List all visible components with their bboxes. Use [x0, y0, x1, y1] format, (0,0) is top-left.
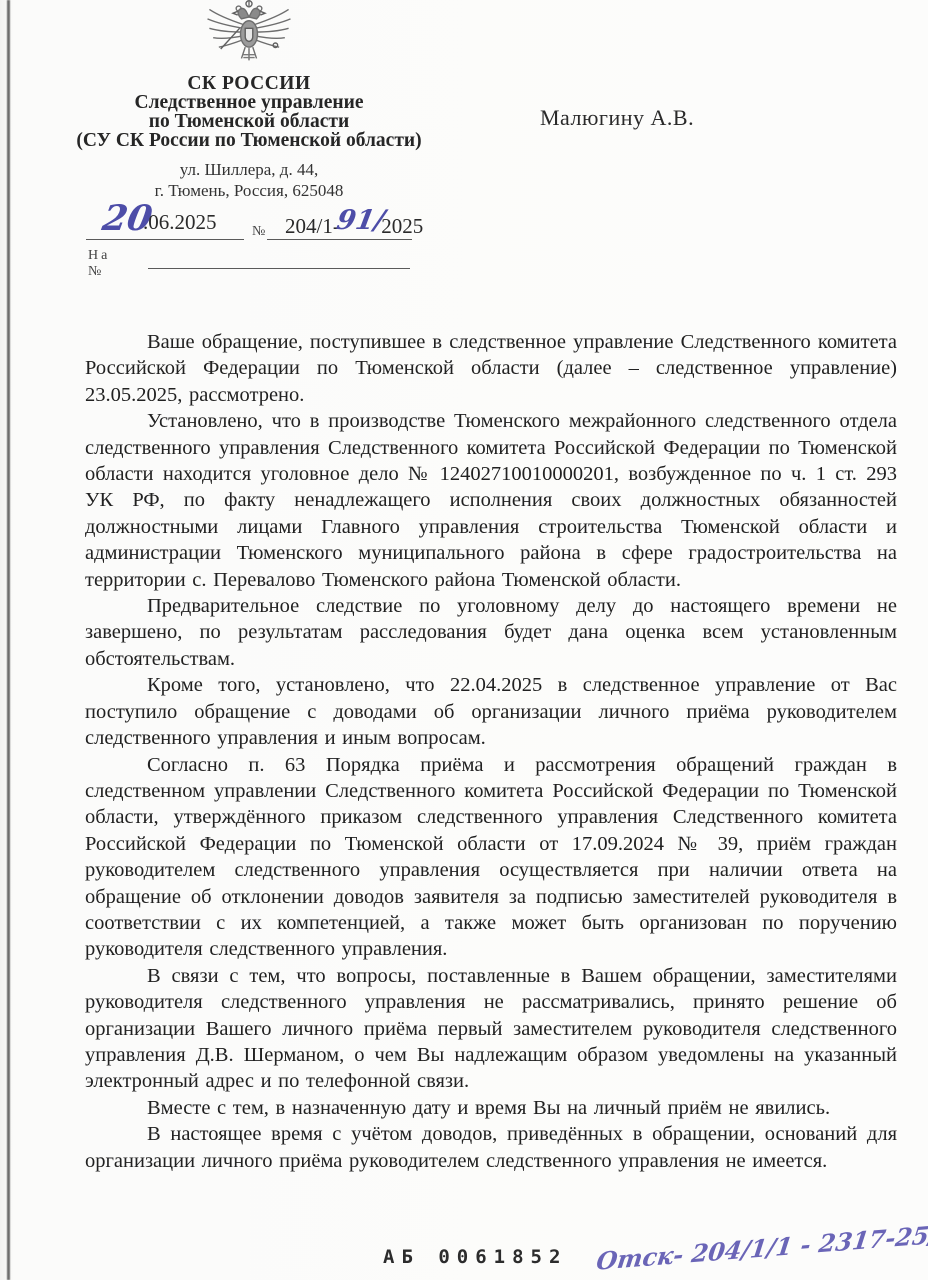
date-underline [86, 239, 244, 240]
number-sign-label: № [252, 224, 265, 240]
org-name-abbrev: (СУ СК России по Тюменской области) [48, 131, 450, 150]
handwritten-filing-note: Отск- 204/1/1 - 2317-25/сл [595, 1217, 928, 1276]
scanned-letter-page: СК РОССИИ Следственное управление по Тюм… [0, 0, 928, 1280]
scan-edge-artifact [7, 0, 10, 1280]
printed-date: .06.2025 [143, 210, 217, 235]
org-address-street: ул. Шиллера, д. 44, [48, 159, 450, 180]
paragraph-7: Вместе с тем, в назначенную дату и время… [85, 1095, 897, 1121]
number-underline [267, 239, 412, 240]
reply-to-label: На № [88, 248, 110, 280]
coat-of-arms-icon [199, 0, 299, 66]
paragraph-6: В связи с тем, что вопросы, поставленные… [85, 963, 897, 1095]
letter-body: Ваше обращение, поступившее в следственн… [85, 329, 897, 1174]
paragraph-5: Согласно п. 63 Порядка приёма и рассмотр… [85, 752, 897, 963]
form-serial-number: АБ 0061852 [383, 1246, 567, 1268]
paragraph-8: В настоящее время с учётом доводов, прив… [85, 1121, 897, 1174]
handwritten-number-part: 91/ [334, 205, 387, 236]
outgoing-number: 204/1-91/2025 [285, 209, 423, 240]
org-name-line3: по Тюменской области [48, 112, 450, 131]
org-name-short: СК РОССИИ [48, 74, 450, 93]
addressee-name: Малюгину А.В. [540, 105, 694, 131]
letterhead: СК РОССИИ Следственное управление по Тюм… [48, 0, 450, 201]
paragraph-2: Установлено, что в производстве Тюменско… [85, 408, 897, 593]
reply-underline [148, 268, 410, 269]
number-prefix: 204/1- [285, 214, 340, 238]
paragraph-3: Предварительное следствие по уголовному … [85, 593, 897, 672]
paragraph-1: Ваше обращение, поступившее в следственн… [85, 329, 897, 408]
paragraph-4: Кроме того, установлено, что 22.04.2025 … [85, 672, 897, 751]
number-suffix: 2025 [381, 214, 423, 238]
org-name-line2: Следственное управление [48, 93, 450, 112]
